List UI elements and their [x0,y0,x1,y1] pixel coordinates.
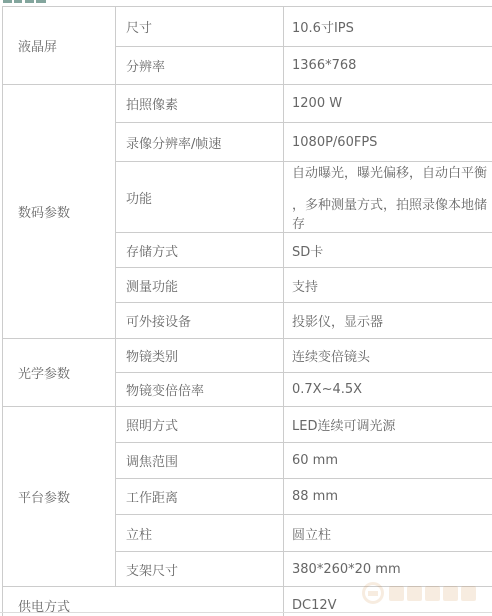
param-cell: 调焦范围 [116,443,284,479]
param-cell: 支架尺寸 [116,552,284,587]
category-cell-digital: 数码参数 [3,85,116,339]
value-cell: LED连续可调光源 [284,407,492,443]
param-cell: 尺寸 [116,7,284,47]
cropped-heading-fragment [3,0,63,4]
category-cell-platform: 平台参数 [3,407,116,587]
param-cell: 录像分辨率/帧速 [116,123,284,162]
watermark-logo [362,580,490,606]
value-line-2: ，多种测量方式，拍照录像本地储存 [292,194,492,232]
value-cell: 1200 W [284,85,492,123]
value-cell: 0.7X~4.5X [284,373,492,407]
table-row: 光学参数 物镜类别 连续变倍镜头 [3,339,492,373]
value-cell: 1366*768 [284,47,492,85]
table-row: 平台参数 照明方式 LED连续可调光源 [3,407,492,443]
spec-table-container: 液晶屏 尺寸 10.6寸IPS 分辨率 1366*768 数码参数 拍照像素 1… [2,6,492,616]
value-cell: 圆立柱 [284,515,492,552]
param-cell: 拍照像素 [116,85,284,123]
bottom-divider [0,612,492,613]
spec-table: 液晶屏 尺寸 10.6寸IPS 分辨率 1366*768 数码参数 拍照像素 1… [2,6,492,616]
param-cell: 物镜变倍倍率 [116,373,284,407]
value-cell: 60 mm [284,443,492,479]
category-cell-lcd: 液晶屏 [3,7,116,85]
table-row: 数码参数 拍照像素 1200 W [3,85,492,123]
param-cell: 测量功能 [116,268,284,303]
watermark-circle-icon [362,582,384,604]
value-cell: 投影仪，显示器 [284,303,492,339]
value-cell: 10.6寸IPS [284,7,492,47]
category-cell-optical: 光学参数 [3,339,116,407]
param-cell: 可外接设备 [116,303,284,339]
param-cell: 功能 [116,162,284,233]
table-row: 液晶屏 尺寸 10.6寸IPS [3,7,492,47]
param-cell: 照明方式 [116,407,284,443]
value-cell: 自动曝光，曝光偏移，自动白平衡 ，多种测量方式，拍照录像本地储存 [284,162,492,233]
value-line-1: 自动曝光，曝光偏移，自动白平衡 [292,162,492,181]
param-cell: 立柱 [116,515,284,552]
param-cell: 存储方式 [116,233,284,268]
page: { "colors": { "border": "#cccccc", "text… [0,0,492,616]
value-cell: 连续变倍镜头 [284,339,492,373]
value-cell: 88 mm [284,479,492,515]
param-cell: 分辨率 [116,47,284,85]
value-cell: 支持 [284,268,492,303]
watermark-characters [389,586,476,601]
param-cell: 物镜类别 [116,339,284,373]
param-cell: 工作距离 [116,479,284,515]
value-cell: 1080P/60FPS [284,123,492,162]
value-cell: SD卡 [284,233,492,268]
